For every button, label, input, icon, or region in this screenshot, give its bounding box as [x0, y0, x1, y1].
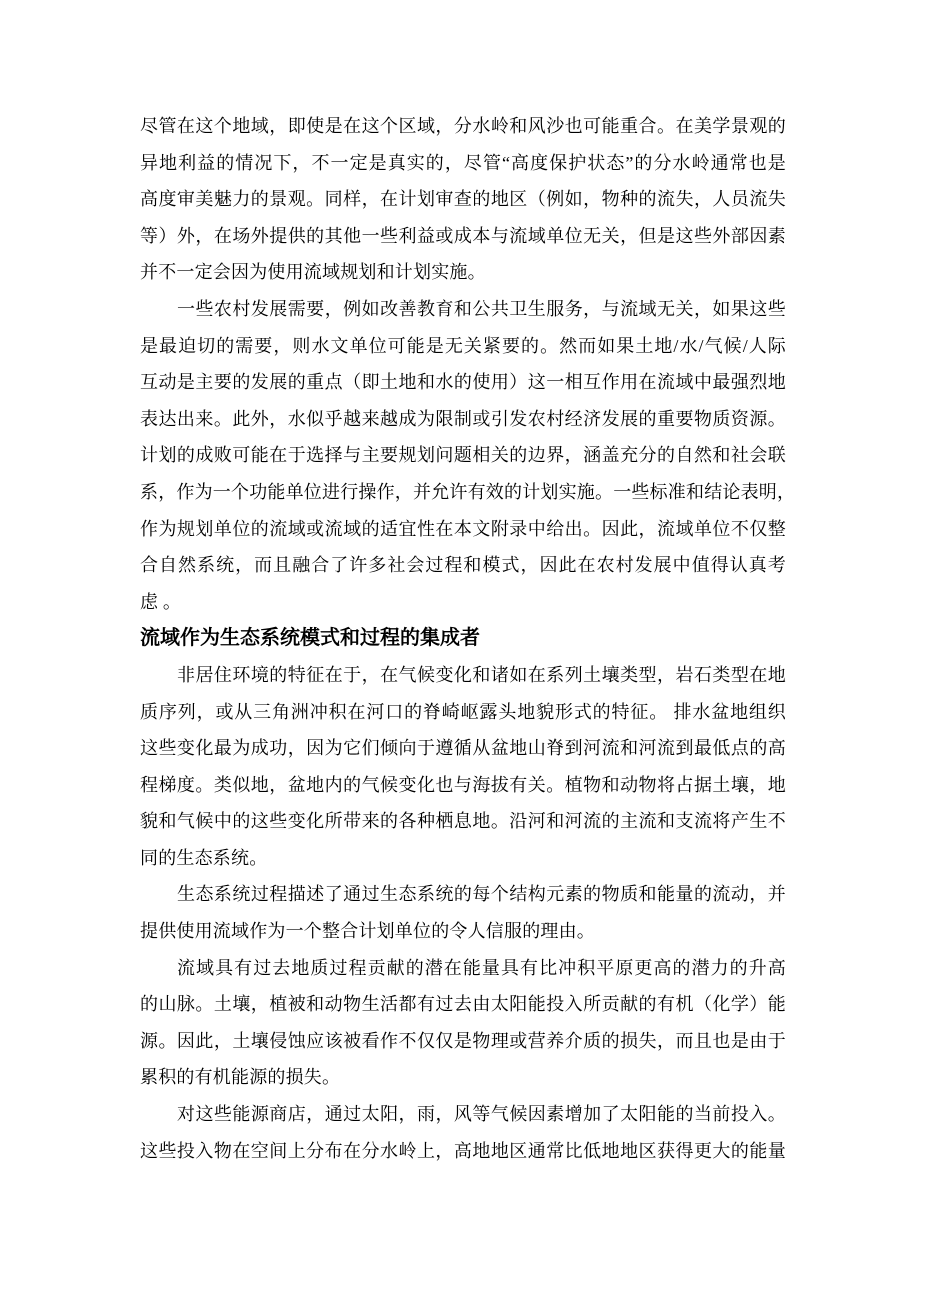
text-line: 计划的成败可能在于选择与主要规划问题相关的边界，涵盖充分的自然和社会联 — [140, 437, 786, 474]
text-line: 虑 。 — [140, 584, 786, 621]
paragraph-6: 对这些能源商店，通过太阳，雨，风等气候因素增加了太阳能的当前投入。 这些投入物在… — [140, 1096, 786, 1169]
text-line: 对这些能源商店，通过太阳，雨，风等气候因素增加了太阳能的当前投入。 — [140, 1096, 786, 1133]
text-line: 流域具有过去地质过程贡献的潜在能量具有比冲积平原更高的潜力的升高 — [140, 950, 786, 987]
text-line: 异地利益的情况下，不一定是真实的，尽管“高度保护状态”的分水岭通常也是 — [140, 145, 786, 182]
text-line: 系，作为一个功能单位进行操作，并允许有效的计划实施。一些标准和结论表明， — [140, 474, 786, 511]
text-line: 质序列，或从三角洲冲积在河口的脊崎岖露头地貌形式的特征。 排水盆地组织 — [140, 694, 786, 731]
text-line: 一些农村发展需要，例如改善教育和公共卫生服务，与流域无关，如果这些 — [140, 291, 786, 328]
paragraph-5: 流域具有过去地质过程贡献的潜在能量具有比冲积平原更高的潜力的升高 的山脉。土壤，… — [140, 950, 786, 1096]
text-line: 这些投入物在空间上分布在分水岭上，高地地区通常比低地地区获得更大的能量 — [140, 1133, 786, 1170]
text-line: 同的生态系统。 — [140, 840, 786, 877]
text-line: 程梯度。类似地，盆地内的气候变化也与海拔有关。植物和动物将占据土壤，地 — [140, 767, 786, 804]
text-line: 互动是主要的发展的重点（即土地和水的使用）这一相互作用在流域中最强烈地 — [140, 364, 786, 401]
text-line: 等）外，在场外提供的其他一些利益或成本与流域单位无关，但是这些外部因素 — [140, 218, 786, 255]
text-line: 源。因此，土壤侵蚀应该被看作不仅仅是物理或营养介质的损失，而且也是由于 — [140, 1023, 786, 1060]
text-line: 生态系统过程描述了通过生态系统的每个结构元素的物质和能量的流动，并 — [140, 876, 786, 913]
text-line: 并不一定会因为使用流域规划和计划实施。 — [140, 254, 786, 291]
text-line: 提供使用流域作为一个整合计划单位的令人信服的理由。 — [140, 913, 786, 950]
paragraph-2: 一些农村发展需要，例如改善教育和公共卫生服务，与流域无关，如果这些 是最迫切的需… — [140, 291, 786, 620]
text-line: 合自然系统，而且融合了许多社会过程和模式，因此在农村发展中值得认真考 — [140, 547, 786, 584]
paragraph-3: 非居住环境的特征在于，在气候变化和诸如在系列土壤类型，岩石类型在地 质序列，或从… — [140, 657, 786, 877]
text-line: 这些变化最为成功，因为它们倾向于遵循从盆地山脊到河流和河流到最低点的高 — [140, 730, 786, 767]
text-line: 累积的有机能源的损失。 — [140, 1059, 786, 1096]
text-line: 尽管在这个地域，即使是在这个区域，分水岭和风沙也可能重合。在美学景观的 — [140, 108, 786, 145]
text-line: 是最迫切的需要，则水文单位可能是无关紧要的。然而如果土地/水/气候/人际 — [140, 328, 786, 365]
text-line: 表达出来。此外，水似乎越来越成为限制或引发农村经济发展的重要物质资源。 — [140, 401, 786, 438]
text-line: 的山脉。土壤，植被和动物生活都有过去由太阳能投入所贡献的有机（化学）能 — [140, 986, 786, 1023]
text-line: 非居住环境的特征在于，在气候变化和诸如在系列土壤类型，岩石类型在地 — [140, 657, 786, 694]
section-heading: 流域作为生态系统模式和过程的集成者 — [140, 620, 786, 657]
text-line: 作为规划单位的流域或流域的适宜性在本文附录中给出。因此，流域单位不仅整 — [140, 511, 786, 548]
paragraph-4: 生态系统过程描述了通过生态系统的每个结构元素的物质和能量的流动，并 提供使用流域… — [140, 876, 786, 949]
paragraph-1: 尽管在这个地域，即使是在这个区域，分水岭和风沙也可能重合。在美学景观的 异地利益… — [140, 108, 786, 291]
text-line: 高度审美魅力的景观。同样，在计划审查的地区（例如，物种的流失，人员流失 — [140, 181, 786, 218]
text-line: 貌和气候中的这些变化所带来的各种栖息地。沿河和河流的主流和支流将产生不 — [140, 803, 786, 840]
document-page: 尽管在这个地域，即使是在这个区域，分水岭和风沙也可能重合。在美学景观的 异地利益… — [0, 0, 926, 1309]
